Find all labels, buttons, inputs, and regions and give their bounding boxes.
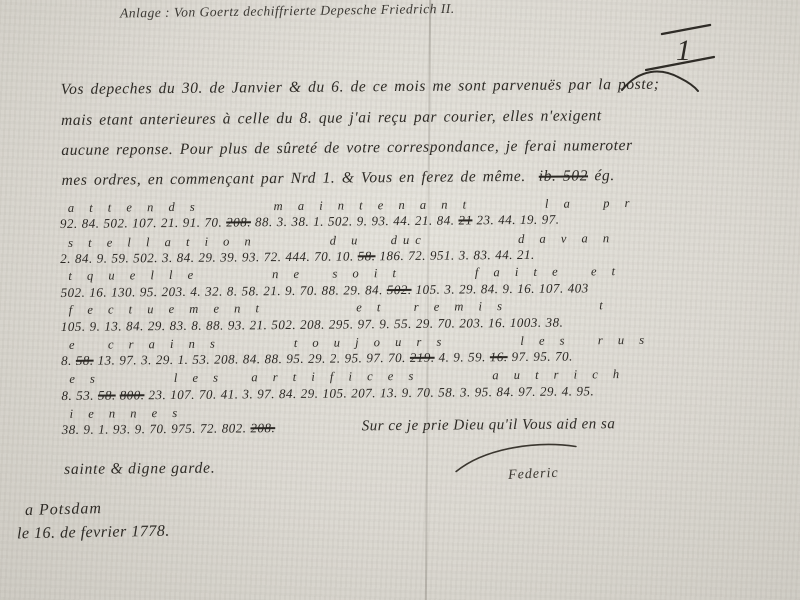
cipher-token: 97. — [119, 352, 137, 367]
cipher-token: 88. — [206, 318, 224, 333]
cipher-token: 29. — [198, 250, 216, 265]
cipher-token: 95. — [475, 384, 493, 399]
closing-line: sainte & digne garde. — [64, 460, 216, 479]
cipher-token: 2. — [60, 251, 71, 266]
cipher-token: 502. — [328, 213, 353, 228]
cipher-token-struck: 58. — [358, 248, 376, 263]
cipher-token: 70. — [416, 385, 434, 400]
cipher-token: 41. — [221, 386, 239, 401]
cipher-token: 130. — [111, 284, 136, 299]
cipher-token: 93. — [371, 213, 389, 228]
cipher-token: ég. — [588, 167, 615, 184]
cipher-token: 21. — [415, 213, 433, 228]
cipher-token: 23. — [476, 212, 494, 227]
cipher-token: 3. — [459, 247, 470, 262]
cipher-token: 3. — [141, 352, 152, 367]
cipher-token: 72. — [408, 248, 426, 263]
letter-line-2: mais etant anterieures à celle du 8. que… — [61, 106, 761, 130]
cipher-token: 53. — [192, 352, 210, 367]
cipher-token: 9. — [402, 385, 413, 400]
cipher-token: mes ordres, en commençant par Nrd 1. & V… — [61, 168, 538, 189]
cipher-token: 88. — [255, 214, 273, 229]
cipher-token: 32. — [205, 284, 223, 299]
cipher-token: 9. — [453, 349, 464, 364]
cipher-token: 203. — [161, 284, 186, 299]
cipher-token: 29. — [416, 316, 434, 331]
cipher-token: 97. — [257, 386, 275, 401]
archival-annotation: Anlage : Von Goertz dechiffrierte Depesc… — [120, 0, 480, 21]
cipher-token: 70. — [204, 215, 222, 230]
cipher-token: 84. — [365, 282, 383, 297]
cipher-token: 29. — [156, 352, 174, 367]
date-line: le 16. de fevrier 1778. — [17, 523, 170, 544]
cipher-token: 975. — [171, 421, 196, 436]
cipher-token: 9. — [90, 319, 101, 334]
cipher-token: 84. — [243, 351, 261, 366]
cipher-token: 72. — [200, 421, 218, 436]
cipher-token-struck: ib. 502 — [539, 167, 588, 184]
cipher-token: 70. — [555, 349, 573, 364]
mark-top-stroke — [662, 25, 710, 34]
cipher-token-struck: 208. — [226, 214, 251, 229]
cipher-token: 93. — [242, 249, 260, 264]
cipher-token: 107. — [132, 215, 157, 230]
cipher-token: 84. — [279, 386, 297, 401]
cipher-token: 84. — [75, 251, 93, 266]
place-line: a Potsdam — [25, 500, 102, 520]
cipher-token: 107. — [170, 387, 195, 402]
cipher-token: 3. — [277, 214, 288, 229]
cipher-token: 1. — [98, 422, 109, 437]
cipher-token: 16. — [488, 315, 506, 330]
cipher-token: 4. — [439, 350, 450, 365]
cipher-token: 53. — [76, 388, 94, 403]
cipher-token: 38. — [546, 315, 564, 330]
cipher-token: 83. — [473, 247, 491, 262]
cipher-token: 70. — [388, 350, 406, 365]
cipher-token: 8. — [227, 283, 238, 298]
cipher-token: 21. — [250, 317, 268, 332]
cipher-token: 105. — [61, 319, 86, 334]
cipher-token: 13. — [104, 318, 122, 333]
cipher-token: 3. — [162, 250, 173, 265]
cipher-token: 1. — [178, 352, 189, 367]
cipher-token: 951. — [430, 248, 455, 263]
cipher-token: 44. — [498, 212, 516, 227]
cipher-token: 84. — [82, 216, 100, 231]
cipher-token: 84. — [126, 318, 144, 333]
cipher-token: 8. — [191, 318, 202, 333]
cipher-token: 70. — [149, 421, 167, 436]
cipher-token: 9. — [83, 422, 94, 437]
cipher-token: 207. — [351, 385, 376, 400]
cipher-token: 59. — [111, 250, 129, 265]
paper-sheet: Anlage : Von Goertz dechiffrierte Depesc… — [0, 0, 800, 600]
cipher-token: 29. — [301, 386, 319, 401]
valediction-inline: Sur ce je prie Dieu qu'il Vous aid en sa — [362, 416, 616, 435]
cipher-token: 38. — [291, 214, 309, 229]
cipher-token: 84. — [496, 384, 514, 399]
cipher-token: 105. — [322, 385, 347, 400]
cipher-token: 10. — [336, 248, 354, 263]
cipher-token: 55. — [394, 316, 412, 331]
cipher-token: 70. — [199, 387, 217, 402]
cipher-token: 802. — [222, 420, 247, 435]
cipher-token: 16. — [89, 285, 107, 300]
cipher-token: 403 — [568, 280, 589, 295]
cipher-token: 29. — [540, 384, 558, 399]
cipher-token: 70. — [300, 283, 318, 298]
cipher-token: 203. — [459, 315, 484, 330]
cipher-token: 29. — [459, 281, 477, 296]
letter-line-4: mes ordres, en commençant par Nrd 1. & V… — [61, 166, 761, 190]
cipher-token: 19. — [520, 212, 538, 227]
cipher-token: 1. — [313, 214, 324, 229]
cipher-token: 97. — [366, 350, 384, 365]
cipher-token: 92. — [60, 216, 78, 231]
cipher-token: 208. — [300, 317, 325, 332]
cipher-token: 95. — [286, 351, 304, 366]
cipher-token: 97. — [512, 349, 530, 364]
cipher-token: 295. — [329, 316, 354, 331]
signature: Federic — [508, 466, 559, 484]
cipher-token: 95. — [345, 350, 363, 365]
cipher-token: 95. — [140, 284, 158, 299]
cipher-token: 8. — [61, 353, 72, 368]
cipher-token: 95. — [533, 349, 551, 364]
cipher-token: 95. — [576, 383, 594, 398]
cipher-token: 444. — [285, 249, 310, 264]
page-number-mark: 1 — [618, 12, 748, 112]
cipher-token: 4. — [562, 384, 573, 399]
cipher-token: 84. — [437, 213, 455, 228]
cipher-token: 9. — [135, 421, 146, 436]
cipher-token-struck: 219. — [410, 350, 435, 365]
cipher-token: 39. — [220, 249, 238, 264]
cipher-token: 13. — [98, 352, 116, 367]
cipher-token: 29. — [148, 318, 166, 333]
cipher-token: 3. — [460, 384, 471, 399]
cipher-token: 1003. — [510, 315, 542, 330]
cipher-token-struck: 800. — [120, 387, 145, 402]
cipher-token: 84. — [481, 281, 499, 296]
cipher-token: 29. — [308, 351, 326, 366]
cipher-token: 72. — [264, 249, 282, 264]
cipher-token: 9. — [97, 251, 108, 266]
cipher-token-struck: 208. — [250, 420, 275, 435]
cipher-token: 502. — [271, 317, 296, 332]
cipher-token: 13. — [380, 385, 398, 400]
cipher-token: 23. — [148, 387, 166, 402]
cipher-token: 186. — [379, 248, 404, 263]
cipher-token: 93. — [113, 421, 131, 436]
cipher-token: 9. — [357, 213, 368, 228]
cipher-token: 83. — [170, 318, 188, 333]
cipher-token: 59. — [468, 349, 486, 364]
cipher-token: 21. — [263, 283, 281, 298]
cipher-token: 44. — [393, 213, 411, 228]
cipher-token: 2. — [330, 351, 341, 366]
cipher-token: 502. — [60, 285, 85, 300]
cipher-token: 4. — [190, 284, 201, 299]
cipher-token: 58. — [438, 385, 456, 400]
cipher-token-struck: 58. — [76, 353, 94, 368]
cipher-token: 44. — [495, 247, 513, 262]
cipher-token: 88. — [265, 351, 283, 366]
cipher-token: 70. — [314, 249, 332, 264]
cipher-token: 16. — [517, 281, 535, 296]
cipher-token: 21. — [161, 215, 179, 230]
cipher-token: 93. — [228, 317, 246, 332]
cipher-token: 97. — [518, 384, 536, 399]
letter-line-3: aucune reponse. Pour plus de sûreté de v… — [61, 136, 761, 160]
cipher-token: 3. — [242, 386, 253, 401]
cipher-token: 9. — [502, 281, 513, 296]
cipher-token: 91. — [183, 215, 201, 230]
cipher-token: 97. — [542, 212, 560, 227]
cipher-token: 84. — [177, 250, 195, 265]
cipher-token: 58. — [241, 283, 259, 298]
cipher-token: 88. — [321, 283, 339, 298]
cipher-token: 29. — [343, 282, 361, 297]
cipher-token: 105. — [415, 282, 440, 297]
cipher-token-struck: 21 — [458, 212, 472, 227]
cipher-token: 502. — [133, 250, 158, 265]
cipher-token: 9. — [285, 283, 296, 298]
cipher-token: 8. — [61, 388, 72, 403]
cipher-token: 9. — [379, 316, 390, 331]
cipher-token: 208. — [214, 351, 239, 366]
cipher-token: 21. — [517, 247, 535, 262]
cipher-token: 502. — [103, 215, 128, 230]
cipher-token: 38. — [62, 422, 80, 437]
cipher-token-struck: 502. — [387, 282, 412, 297]
cipher-token-struck: 58. — [98, 387, 116, 402]
cipher-token: 70. — [438, 316, 456, 331]
cipher-token: 107. — [539, 281, 564, 296]
cipher-token: 3. — [444, 282, 455, 297]
cipher-token: 97. — [358, 316, 376, 331]
cipher-token-struck: 16. — [490, 349, 508, 364]
